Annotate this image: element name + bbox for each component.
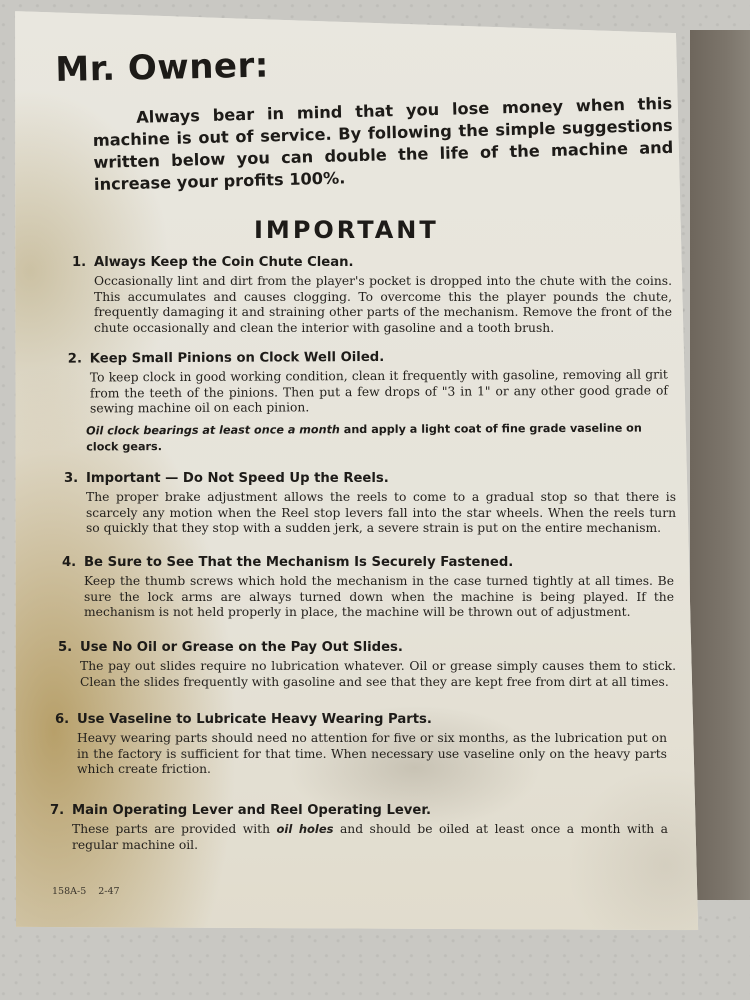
item-number: 4.: [62, 555, 84, 570]
note-emphasis: Oil clock bearings at least once a month: [86, 423, 340, 437]
instruction-item-5: 5.Use No Oil or Grease on the Pay Out Sl…: [58, 640, 676, 690]
item-heading: Always Keep the Coin Chute Clean.: [94, 255, 354, 270]
item-number: 1.: [72, 255, 94, 270]
form-code: 158A-52-47: [52, 886, 120, 897]
instruction-item-7: 7.Main Operating Lever and Reel Operatin…: [50, 803, 668, 853]
item-body: The pay out slides require no lubricatio…: [80, 659, 676, 690]
instruction-item-6: 6.Use Vaseline to Lubricate Heavy Wearin…: [55, 712, 667, 778]
item-heading: Important — Do Not Speed Up the Reels.: [86, 471, 389, 486]
item-body: The proper brake adjustment allows the r…: [86, 490, 676, 537]
instruction-item-4: 4.Be Sure to See That the Mechanism Is S…: [62, 555, 674, 621]
body-emphasis: oil holes: [276, 822, 333, 836]
item-heading: Be Sure to See That the Mechanism Is Sec…: [84, 555, 513, 570]
instruction-item-2: 2.Keep Small Pinions on Clock Well Oiled…: [68, 348, 669, 455]
item-number: 3.: [64, 471, 86, 486]
item-body: Keep the thumb screws which hold the mec…: [84, 574, 674, 621]
item-heading: Keep Small Pinions on Clock Well Oiled.: [90, 350, 385, 367]
item-body: Heavy wearing parts should need no atten…: [77, 731, 667, 778]
item-heading: Use No Oil or Grease on the Pay Out Slid…: [80, 640, 403, 655]
item-number: 6.: [55, 712, 77, 727]
item-heading: Main Operating Lever and Reel Operating …: [72, 803, 431, 818]
item-number: 2.: [68, 351, 90, 366]
date-code: 2-47: [98, 886, 119, 897]
document-title: Mr. Owner:: [55, 46, 269, 90]
item-heading: Use Vaseline to Lubricate Heavy Wearing …: [77, 712, 432, 727]
section-heading: IMPORTANT: [254, 216, 439, 244]
item-number: 5.: [58, 640, 80, 655]
item-number: 7.: [50, 803, 72, 818]
document-content: Mr. Owner: Always bear in mind that you …: [0, 0, 750, 1000]
item-body: To keep clock in good working condition,…: [90, 367, 668, 417]
instruction-item-3: 3.Important — Do Not Speed Up the Reels.…: [64, 471, 676, 537]
intro-paragraph: Always bear in mind that you lose money …: [92, 93, 674, 196]
item-body: These parts are provided with oil holes …: [72, 822, 668, 853]
form-number: 158A-5: [52, 886, 86, 897]
item-body: Occasionally lint and dirt from the play…: [94, 274, 672, 336]
instruction-item-1: 1.Always Keep the Coin Chute Clean. Occa…: [72, 255, 672, 336]
item-note: Oil clock bearings at least once a month…: [86, 420, 668, 455]
